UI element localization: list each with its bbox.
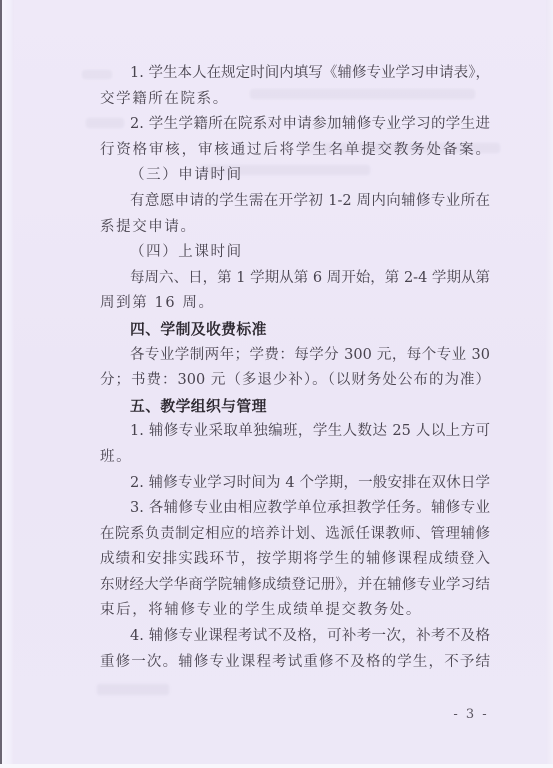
paragraph-line: 有意愿申请的学生需在开学初 1-2 周内向辅修专业所在院 xyxy=(100,189,490,215)
paragraph-line-item-2: 2. 辅修专业学习时间为 4 个学期，一般安排在双休日学习。 xyxy=(100,471,490,497)
paragraph-line-item-1: 1. 学生本人在规定时间内填写《辅修专业学习申请表》， xyxy=(100,61,490,87)
paragraph-line: 东财经大学华商学院辅修成绩登记册》，并在辅修专业学习结 xyxy=(100,573,490,599)
paragraph-line: 系提交申请。 xyxy=(100,215,490,241)
section-heading-duration-and-fees: 四、学制及收费标准 xyxy=(100,317,490,343)
scan-edge-right xyxy=(546,0,553,768)
paragraph-line: 周到第 16 周。 xyxy=(100,291,490,317)
scan-edge-bottom xyxy=(0,764,553,768)
bleed-through-smudge xyxy=(97,684,169,695)
paragraph-line: 行资格审核，审核通过后将学生名单提交教务处备案。 xyxy=(100,138,490,164)
paragraph-line: 成绩和安排实践环节，按学期将学生的辅修课程成绩登入《广 xyxy=(100,547,490,573)
paragraph-line-item-1: 1. 辅修专业采取单独编班，学生人数达 25 人以上方可开 xyxy=(100,419,490,445)
paragraph-line: 交学籍所在院系。 xyxy=(100,87,490,113)
paragraph-line-item-4: 4. 辅修专业课程考试不及格，可补考一次，补考不及格可 xyxy=(100,624,490,650)
paragraph-line: 分；书费：300 元（多退少补）。（以财务处公布的为准） xyxy=(100,368,490,394)
document-body: 1. 学生本人在规定时间内填写《辅修专业学习申请表》， 交学籍所在院系。 2. … xyxy=(100,61,490,675)
paragraph-line: 在院系负责制定相应的培养计划、选派任课教师、管理辅修课 xyxy=(100,522,490,548)
paragraph-line: 班。 xyxy=(100,445,490,471)
paragraph-line: 各专业学制两年；学费：每学分 300 元，每个专业 30 学 xyxy=(100,343,490,369)
subsection-heading-application-time: （三）申请时间 xyxy=(100,163,490,189)
paragraph-line-item-2: 2. 学生学籍所在院系对申请参加辅修专业学习的学生进 xyxy=(100,112,490,138)
page-number: - 3 - xyxy=(452,704,490,726)
paragraph-line: 束后，将辅修专业的学生成绩单提交教务处。 xyxy=(100,598,490,624)
paragraph-line: 每周六、日，第 1 学期从第 6 周开始，第 2-4 学期从第 1 xyxy=(100,266,490,292)
paragraph-line: 重修一次。辅修专业课程考试重修不及格的学生，不予结业。 xyxy=(100,650,490,676)
subsection-heading-class-time: （四）上课时间 xyxy=(100,240,490,266)
paragraph-line-item-3: 3. 各辅修专业由相应教学单位承担教学任务。辅修专业所 xyxy=(100,496,490,522)
section-heading-teaching-organization: 五、教学组织与管理 xyxy=(100,394,490,420)
scan-edge-left-highlight xyxy=(2,0,14,768)
scanned-page: 1. 学生本人在规定时间内填写《辅修专业学习申请表》， 交学籍所在院系。 2. … xyxy=(0,0,553,768)
